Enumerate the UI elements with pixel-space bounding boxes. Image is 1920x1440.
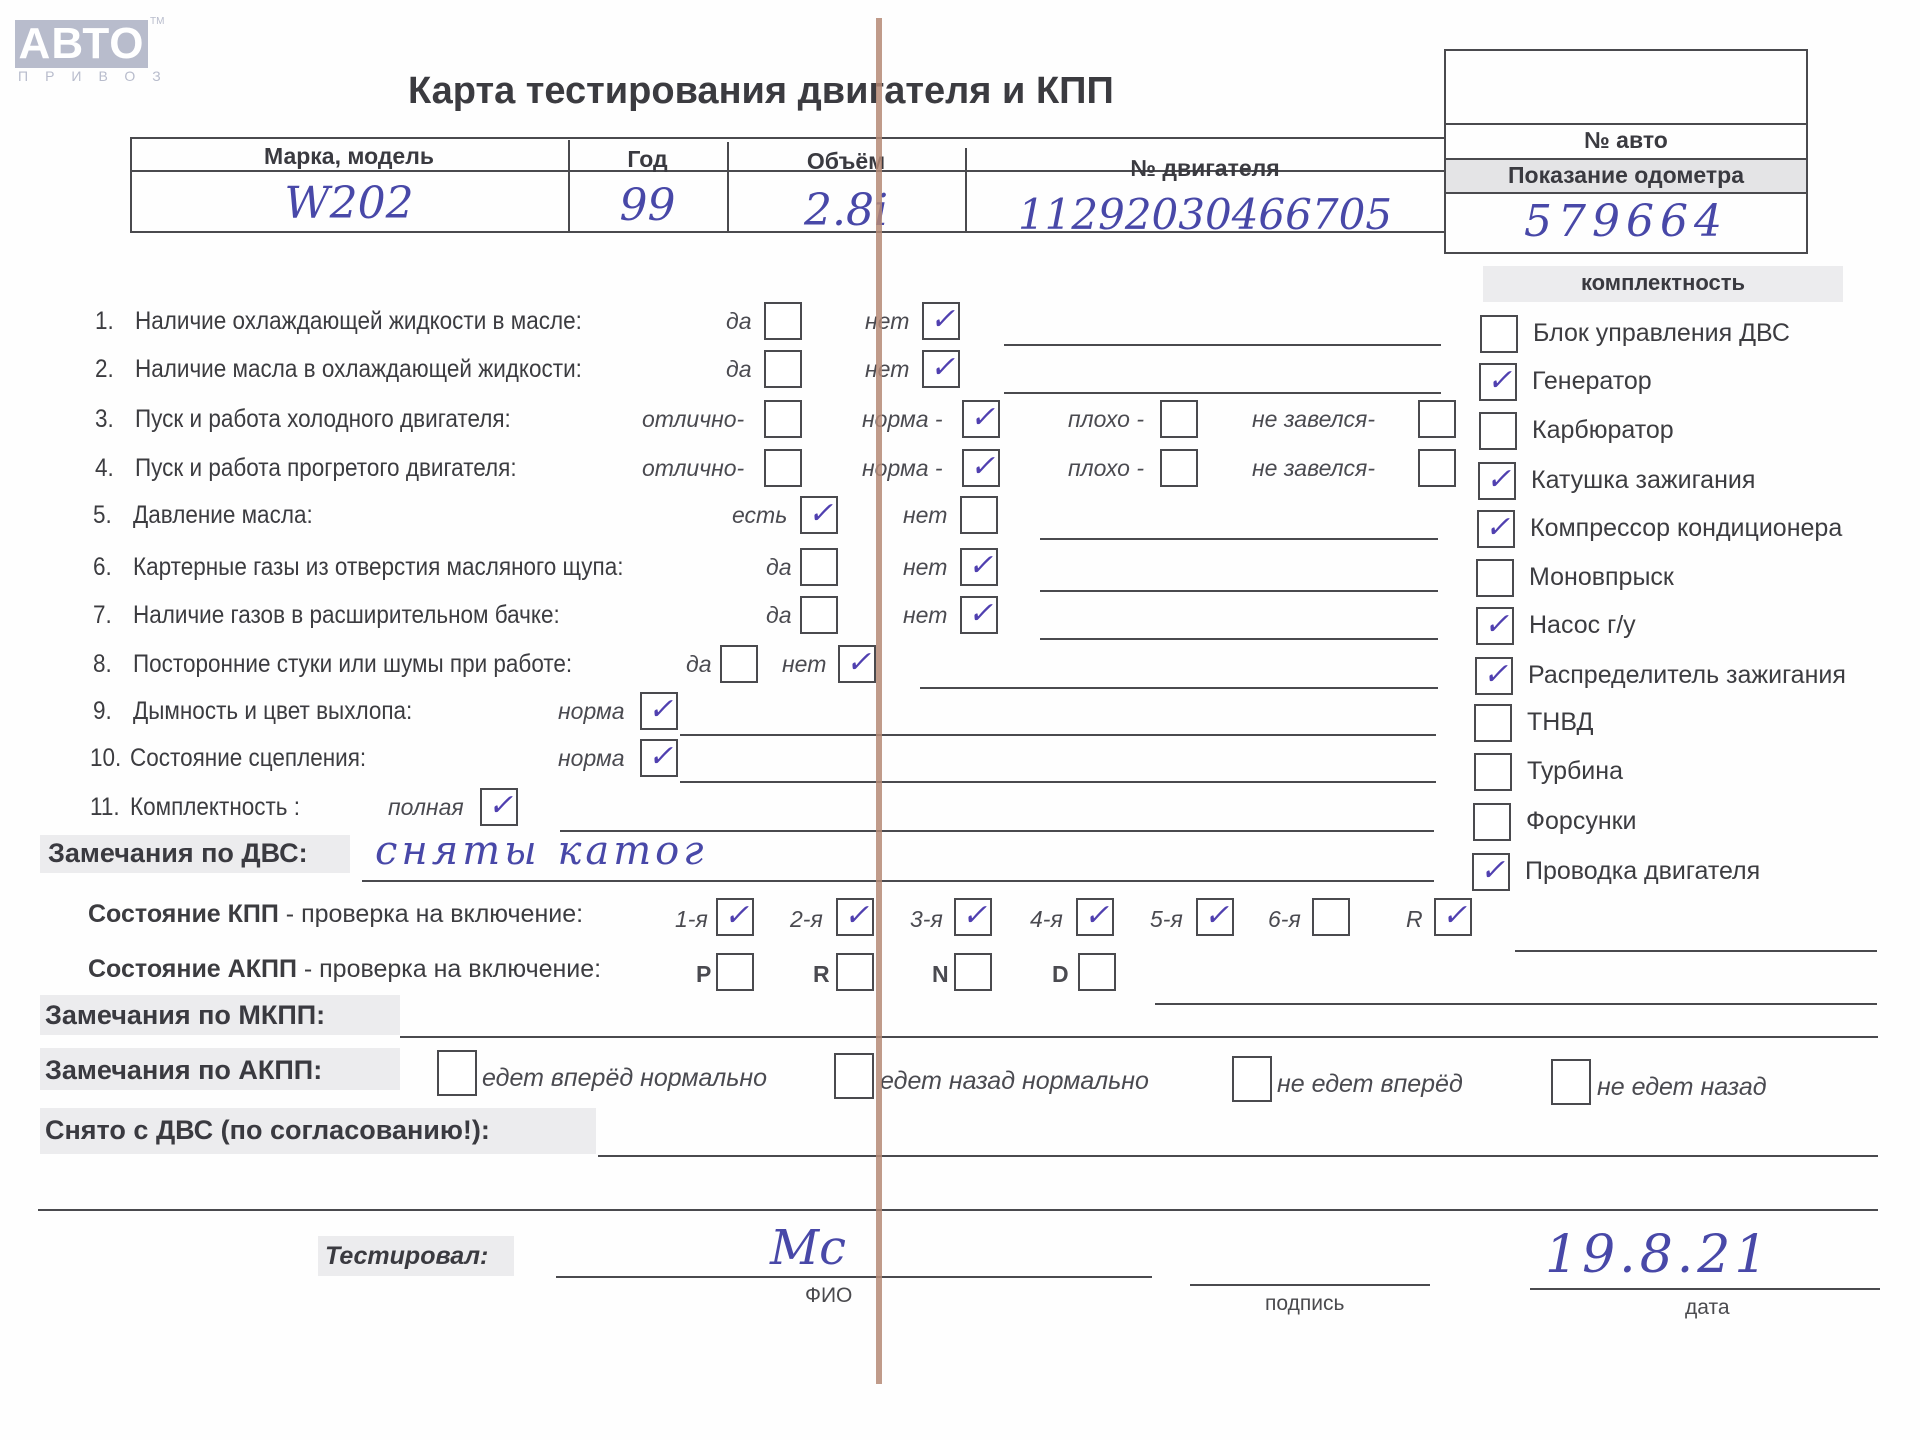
akpp-checkbox-3[interactable] — [1232, 1056, 1272, 1102]
checkmark-icon: ✓ — [648, 692, 673, 728]
fill-line — [1040, 638, 1438, 640]
option-label: да — [766, 554, 792, 581]
gear-checkbox-4[interactable]: ✓ — [1076, 898, 1114, 936]
option-label: нет — [903, 602, 947, 629]
gear-label: R — [1406, 906, 1423, 933]
option-label: плохо - — [1068, 406, 1144, 433]
option-label: норма — [558, 745, 625, 772]
checkmark-icon: ✓ — [968, 548, 993, 584]
checkmark-icon: ✓ — [488, 788, 513, 824]
question-number: 11. — [90, 793, 120, 822]
signature-caption: подпись — [1265, 1292, 1344, 1316]
gear-checkbox-1[interactable]: ✓ — [716, 898, 754, 936]
checkmark-icon: ✓ — [930, 302, 955, 338]
question-label: Состояние сцепления: — [130, 744, 366, 773]
date-value[interactable]: 19.8.21 — [1545, 1225, 1771, 1285]
checkbox-q7-opt1[interactable] — [800, 596, 838, 634]
checkbox-q5-opt2[interactable] — [960, 496, 998, 534]
checkbox-q8-opt2[interactable]: ✓ — [838, 645, 876, 683]
manual-gearbox-label: Состояние КПП - проверка на включение: — [88, 900, 583, 929]
gear-checkbox-2[interactable]: ✓ — [836, 898, 874, 936]
option-label: да — [726, 356, 752, 383]
option-label: не завелся- — [1252, 455, 1375, 482]
checkmark-icon: ✓ — [808, 496, 833, 532]
option-label: отлично- — [642, 455, 744, 482]
checkmark-icon: ✓ — [968, 596, 993, 632]
col-header-volume: Объём — [727, 148, 965, 175]
gear-checkbox-3[interactable]: ✓ — [954, 898, 992, 936]
akpp-option-label: не едет вперёд — [1277, 1070, 1463, 1099]
checkbox-q9-opt1[interactable]: ✓ — [640, 692, 678, 730]
checkbox-q3-opt4[interactable] — [1418, 400, 1456, 438]
option-label: да — [686, 651, 712, 678]
completeness-item-label: Насос г/у — [1529, 611, 1636, 640]
completeness-checkbox-3[interactable] — [1479, 412, 1517, 450]
year-value[interactable]: 99 — [568, 180, 727, 231]
checkmark-icon: ✓ — [724, 898, 749, 934]
checkmark-icon: ✓ — [970, 449, 995, 485]
auto-number-label: № авто — [1444, 127, 1808, 154]
checkbox-q2-opt2[interactable]: ✓ — [922, 350, 960, 388]
completeness-item-label: Компрессор кондиционера — [1530, 514, 1842, 543]
checkmark-icon: ✓ — [1487, 363, 1512, 399]
checkmark-icon: ✓ — [844, 898, 869, 934]
option-label: нет — [782, 651, 826, 678]
checkbox-q7-opt2[interactable]: ✓ — [960, 596, 998, 634]
option-label: нет — [865, 308, 909, 335]
akpp-checkbox-2[interactable] — [834, 1053, 874, 1099]
fill-line — [1004, 392, 1441, 394]
fill-line — [1004, 344, 1441, 346]
akpp-option-label: не едет назад — [1597, 1073, 1767, 1102]
question-label: Наличие газов в расширительном бачке: — [133, 601, 560, 630]
akpp-checkbox-4[interactable] — [1551, 1059, 1591, 1105]
gear-label: 2-я — [790, 906, 823, 933]
completeness-checkbox-5[interactable]: ✓ — [1477, 510, 1515, 548]
question-label: Пуск и работа прогретого двигателя: — [135, 454, 517, 483]
fill-line — [680, 734, 1436, 736]
option-label: нет — [865, 356, 909, 383]
checkbox-q6-opt2[interactable]: ✓ — [960, 548, 998, 586]
checkmark-icon: ✓ — [1485, 510, 1510, 546]
question-label: Давление масла: — [133, 501, 313, 530]
col-header-year: Год — [568, 146, 727, 173]
completeness-checkbox-12[interactable]: ✓ — [1472, 853, 1510, 891]
odometer-value[interactable]: 579664 — [1444, 196, 1808, 247]
col-header-engine-number: № двигателя — [965, 155, 1445, 182]
checkmark-icon: ✓ — [1480, 853, 1505, 889]
gear-label: 6-я — [1268, 906, 1301, 933]
odometer-label: Показание одометра — [1444, 162, 1808, 189]
option-label: норма - — [862, 406, 943, 433]
option-label: да — [726, 308, 752, 335]
completeness-checkbox-9[interactable] — [1474, 704, 1512, 742]
removed-label: Снято с ДВС (по согласованию!): — [45, 1115, 490, 1146]
checkbox-q4-opt3[interactable] — [1160, 449, 1198, 487]
fill-line — [680, 781, 1436, 783]
gear-label: 1-я — [675, 906, 708, 933]
gear-checkbox-5[interactable]: ✓ — [1196, 898, 1234, 936]
completeness-item-label: Блок управления ДВС — [1533, 319, 1790, 348]
checkbox-q8-opt1[interactable] — [720, 645, 758, 683]
checkmark-icon: ✓ — [1442, 898, 1467, 934]
mkpp-remarks-label: Замечания по МКПП: — [45, 1000, 325, 1031]
gear-label: 4-я — [1030, 906, 1063, 933]
checkbox-q10-opt1[interactable]: ✓ — [640, 739, 678, 777]
akpp-option-label: едет назад нормально — [880, 1067, 1149, 1096]
model-value[interactable]: W202 — [130, 178, 568, 229]
option-label: нет — [903, 502, 947, 529]
auto-gearbox-label: Состояние АКПП - проверка на включение: — [88, 955, 601, 984]
fill-line — [920, 687, 1438, 689]
question-label: Комплектность : — [130, 793, 300, 822]
akpp-checkbox-1[interactable] — [437, 1050, 477, 1096]
option-label: не завелся- — [1252, 406, 1375, 433]
checkbox-q6-opt1[interactable] — [800, 548, 838, 586]
position-checkbox-4[interactable] — [1078, 953, 1116, 991]
question-number: 4. — [95, 454, 114, 483]
position-label: R — [813, 961, 830, 988]
question-number: 6. — [93, 553, 112, 582]
completeness-item-label: Моновпрыск — [1529, 563, 1674, 592]
completeness-checkbox-6[interactable] — [1476, 559, 1514, 597]
option-label: норма — [558, 698, 625, 725]
tested-by-label: Тестировал: — [325, 1242, 488, 1271]
fill-line — [1040, 590, 1438, 592]
name-caption: ФИО — [805, 1284, 852, 1308]
checkbox-q3-opt1[interactable] — [764, 400, 802, 438]
position-label: D — [1052, 961, 1069, 988]
checkmark-icon: ✓ — [648, 739, 673, 775]
completeness-item-label: Генератор — [1532, 367, 1652, 396]
date-caption: дата — [1685, 1296, 1730, 1320]
completeness-item-label: Распределитель зажигания — [1528, 661, 1846, 690]
gear-label: 5-я — [1150, 906, 1183, 933]
checkmark-icon: ✓ — [970, 400, 995, 436]
checkbox-q1-opt2[interactable]: ✓ — [922, 302, 960, 340]
akpp-remarks-label: Замечания по АКПП: — [45, 1055, 322, 1086]
completeness-item-label: Катушка зажигания — [1531, 466, 1755, 495]
completeness-checkbox-2[interactable]: ✓ — [1479, 363, 1517, 401]
question-label: Посторонние стуки или шумы при работе: — [133, 650, 572, 679]
question-number: 8. — [93, 650, 112, 679]
completeness-item-label: Проводка двигателя — [1525, 857, 1760, 886]
checkmark-icon: ✓ — [1483, 657, 1508, 693]
question-label: Наличие охлаждающей жидкости в масле: — [135, 307, 582, 336]
checkbox-q11-opt1[interactable]: ✓ — [480, 788, 518, 826]
page-title: Карта тестирования двигателя и КПП — [408, 70, 1114, 113]
checkbox-q5-opt1[interactable]: ✓ — [800, 496, 838, 534]
logo-subtitle: ПРИВОЗ — [18, 68, 178, 84]
position-checkbox-1[interactable] — [716, 953, 754, 991]
question-number: 5. — [93, 501, 112, 530]
fold-line — [876, 18, 882, 1384]
completeness-checkbox-1[interactable] — [1480, 315, 1518, 353]
checkbox-q3-opt2[interactable]: ✓ — [962, 400, 1000, 438]
option-label: норма - — [862, 455, 943, 482]
checkmark-icon: ✓ — [1484, 607, 1509, 643]
option-label: отлично- — [642, 406, 744, 433]
question-number: 3. — [95, 405, 114, 434]
option-label: есть — [732, 502, 787, 529]
col-header-model: Марка, модель — [130, 143, 568, 170]
question-label: Картерные газы из отверстия масляного щу… — [133, 553, 623, 582]
question-label: Дымность и цвет выхлопа: — [133, 697, 412, 726]
checkbox-q4-opt1[interactable] — [764, 449, 802, 487]
fill-line — [1040, 538, 1438, 540]
completeness-checkbox-8[interactable]: ✓ — [1475, 657, 1513, 695]
position-checkbox-3[interactable] — [954, 953, 992, 991]
option-label: полная — [388, 794, 464, 821]
question-label: Пуск и работа холодного двигателя: — [135, 405, 511, 434]
question-label: Наличие масла в охлаждающей жидкости: — [135, 355, 582, 384]
checkmark-icon: ✓ — [1204, 898, 1229, 934]
position-label: N — [932, 961, 949, 988]
question-number: 2. — [95, 355, 114, 384]
completeness-checkbox-11[interactable] — [1473, 803, 1511, 841]
checkbox-q1-opt1[interactable] — [764, 302, 802, 340]
engine-number-value[interactable]: 11292030466705 — [965, 190, 1445, 239]
logo: АВТО — [15, 20, 148, 68]
logo-trademark: TM — [150, 16, 164, 27]
checkmark-icon: ✓ — [962, 898, 987, 934]
completeness-item-label: Карбюратор — [1532, 416, 1674, 445]
question-number: 1. — [95, 307, 114, 336]
option-label: да — [766, 602, 792, 629]
akpp-option-label: едет вперёд нормально — [482, 1064, 767, 1093]
completeness-item-label: ТНВД — [1527, 708, 1593, 737]
gear-checkbox-6[interactable] — [1312, 898, 1350, 936]
option-label: нет — [903, 554, 947, 581]
checkmark-icon: ✓ — [846, 645, 871, 681]
position-label: P — [696, 961, 711, 988]
completeness-item-label: Турбина — [1527, 757, 1623, 786]
question-number: 10. — [90, 744, 121, 773]
completeness-title: комплектность — [1483, 270, 1843, 296]
position-checkbox-2[interactable] — [836, 953, 874, 991]
completeness-checkbox-7[interactable]: ✓ — [1476, 607, 1514, 645]
question-number: 9. — [93, 697, 112, 726]
completeness-checkbox-4[interactable]: ✓ — [1478, 462, 1516, 500]
tester-name-value[interactable]: Мс — [770, 1220, 846, 1276]
completeness-item-label: Форсунки — [1526, 807, 1637, 836]
completeness-checkbox-10[interactable] — [1474, 753, 1512, 791]
gear-checkbox-7[interactable]: ✓ — [1434, 898, 1472, 936]
engine-remarks-label: Замечания по ДВС: — [48, 838, 308, 869]
checkmark-icon: ✓ — [1084, 898, 1109, 934]
checkmark-icon: ✓ — [930, 350, 955, 386]
checkmark-icon: ✓ — [1486, 462, 1511, 498]
checkbox-q4-opt2[interactable]: ✓ — [962, 449, 1000, 487]
checkbox-q2-opt1[interactable] — [764, 350, 802, 388]
question-number: 7. — [93, 601, 112, 630]
option-label: плохо - — [1068, 455, 1144, 482]
gear-label: 3-я — [910, 906, 943, 933]
checkbox-q3-opt3[interactable] — [1160, 400, 1198, 438]
checkbox-q4-opt4[interactable] — [1418, 449, 1456, 487]
volume-value[interactable]: 2.8i — [727, 185, 965, 236]
engine-remarks-value[interactable]: сняты катог — [375, 828, 707, 874]
